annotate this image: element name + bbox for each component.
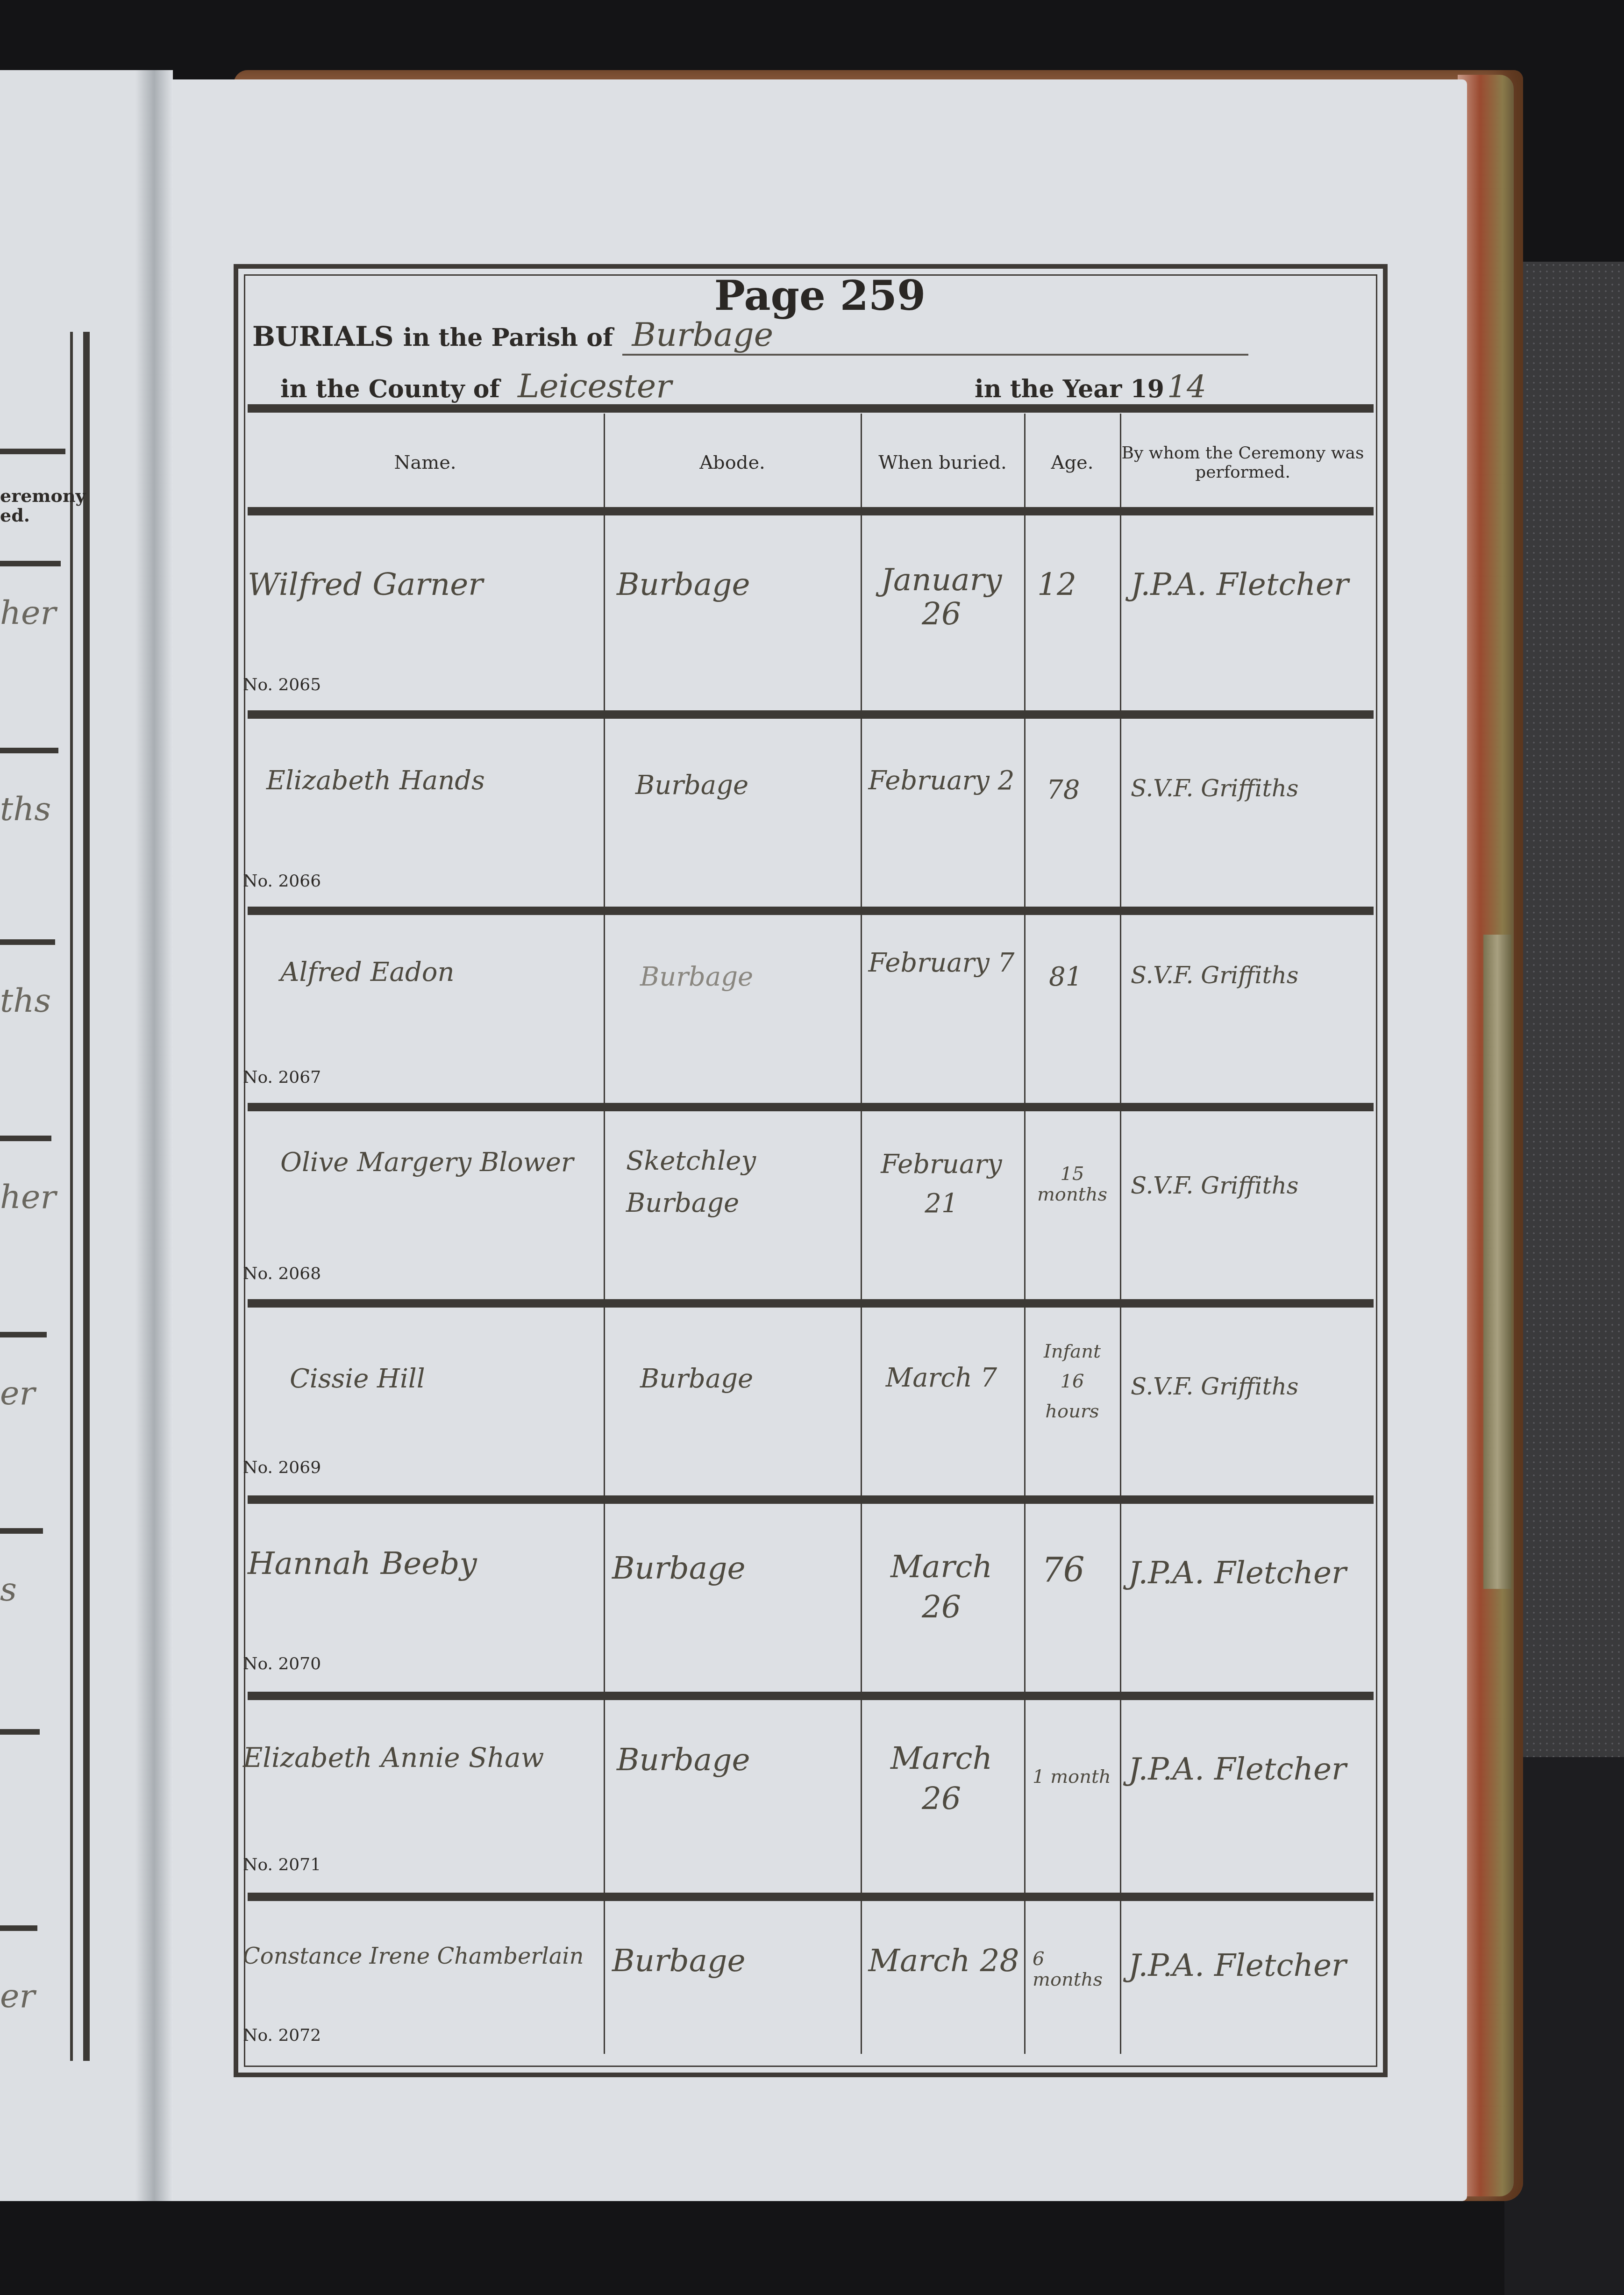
entry-when-buried: March 26	[867, 1547, 1016, 1627]
entry-officiant: J.P.A. Fletcher	[1131, 568, 1349, 602]
burial-entry: Wilfred Garner Burbage January 26 12 J.P…	[238, 516, 1383, 710]
left-rule	[0, 748, 58, 753]
left-rule	[0, 1528, 43, 1534]
left-rule	[0, 1729, 40, 1735]
left-rule	[0, 1925, 37, 1931]
entry-number: No. 2066	[243, 872, 321, 891]
left-rule	[0, 1332, 47, 1337]
left-fragment: her	[0, 1178, 56, 1216]
parish-label: in the Parish of	[403, 323, 613, 352]
entry-name: Wilfred Garner	[248, 568, 483, 602]
parish-value: Burbage	[622, 315, 1248, 356]
entry-number: No. 2072	[243, 2026, 321, 2045]
entry-name: Hannah Beeby	[248, 1547, 477, 1581]
left-fragment: her	[0, 593, 56, 632]
column-header-abode: Abode.	[605, 430, 860, 495]
entry-rule	[248, 1299, 1374, 1308]
left-page: eremony ed. her ths ths her er s er	[0, 70, 159, 2201]
burial-entry: Olive Margery Blower Sketchley Burbage F…	[238, 1112, 1383, 1299]
entry-age: 78	[1047, 776, 1080, 805]
entry-number: No. 2068	[243, 1264, 321, 1283]
entry-abode: Burbage	[612, 1944, 745, 1978]
entry-age: Infant 16 hours	[1033, 1337, 1112, 1426]
entry-name: Olive Margery Blower	[280, 1140, 584, 1185]
book-gutter	[135, 70, 173, 2201]
left-fragment: er	[0, 1374, 35, 1412]
burial-entry: Cissie Hill Burbage March 7 Infant 16 ho…	[238, 1308, 1383, 1495]
entry-officiant: S.V.F. Griffiths	[1131, 776, 1299, 801]
entry-rule	[248, 1495, 1374, 1504]
entry-name: Cissie Hill	[290, 1365, 425, 1394]
left-page-frame	[70, 332, 90, 2061]
entry-when-buried: February 7	[867, 949, 1016, 978]
entry-age: 15 months	[1033, 1164, 1112, 1205]
entry-name: Alfred Eadon	[280, 958, 455, 987]
entry-when-buried: February 21	[867, 1145, 1016, 1223]
column-header-rule	[248, 507, 1374, 515]
burial-entry: Elizabeth Annie Shaw Burbage March 26 1 …	[238, 1701, 1383, 1893]
left-fragment: ths	[0, 981, 51, 1020]
burials-label: BURIALS	[252, 321, 394, 352]
entry-officiant: S.V.F. Griffiths	[1131, 1374, 1299, 1400]
county-label: in the County of	[280, 375, 500, 403]
column-header-name: Name.	[248, 430, 603, 495]
entry-rule	[248, 907, 1374, 915]
entry-age: 81	[1049, 963, 1082, 992]
entry-number: No. 2069	[243, 1458, 321, 1477]
ribbon-bookmark	[1483, 935, 1511, 1589]
burial-entry: Elizabeth Hands Burbage February 2 78 S.…	[238, 720, 1383, 907]
entry-number: No. 2065	[243, 675, 321, 694]
county-value: Leicester	[508, 367, 966, 407]
entry-abode: Burbage	[612, 1551, 745, 1586]
entry-when-buried: January 26	[867, 563, 1016, 631]
left-page-column-header: eremony ed.	[0, 486, 86, 525]
county-line: in the County of Leicester in the Year 1…	[280, 367, 1209, 407]
entry-abode: Burbage	[617, 1743, 750, 1777]
left-rule	[0, 1136, 51, 1141]
entry-abode: Burbage	[617, 568, 750, 602]
column-header-age: Age.	[1026, 430, 1119, 495]
entry-name: Elizabeth Annie Shaw	[243, 1743, 544, 1773]
entry-age: 12	[1037, 568, 1076, 602]
entry-officiant: S.V.F. Griffiths	[1131, 1173, 1299, 1199]
entry-number: No. 2071	[243, 1855, 321, 1874]
entry-when-buried: February 2	[867, 766, 1016, 795]
entry-abode: Burbage	[640, 1365, 753, 1394]
entry-rule	[248, 710, 1374, 719]
entry-when-buried: March 7	[867, 1360, 1016, 1396]
entry-officiant: J.P.A. Fletcher	[1128, 1949, 1346, 1983]
entry-rule	[248, 1103, 1374, 1111]
register-header: BURIALS in the Parish of Burbage in the …	[252, 297, 1374, 414]
entry-abode: Burbage	[640, 963, 753, 992]
entry-rule	[248, 1893, 1374, 1901]
entry-name: Elizabeth Hands	[266, 766, 485, 795]
burial-entry: Constance Irene Chamberlain Burbage Marc…	[238, 1902, 1383, 2061]
left-fragment: s	[0, 1570, 17, 1609]
year-label: in the Year	[975, 375, 1122, 403]
left-rule	[0, 449, 65, 454]
entry-age: 76	[1042, 1551, 1085, 1588]
left-rule	[0, 939, 55, 945]
burial-entry: Alfred Eadon Burbage February 7 81 S.V.F…	[238, 916, 1383, 1103]
entry-when-buried: March 26	[867, 1738, 1016, 1819]
entry-officiant: S.V.F. Griffiths	[1131, 963, 1299, 988]
entry-number: No. 2070	[243, 1654, 321, 1673]
entry-number: No. 2067	[243, 1068, 321, 1087]
column-header-when-buried: When buried.	[862, 430, 1023, 495]
entry-officiant: J.P.A. Fletcher	[1128, 1752, 1346, 1787]
parish-line: BURIALS in the Parish of Burbage	[252, 315, 1248, 356]
entry-rule	[248, 1692, 1374, 1700]
entry-when-buried: March 28	[867, 1944, 1021, 1978]
entry-abode: Sketchley Burbage	[626, 1140, 813, 1224]
year-value: 14	[1164, 369, 1209, 407]
left-fragment: er	[0, 1977, 35, 2015]
entry-officiant: J.P.A. Fletcher	[1128, 1556, 1346, 1590]
entry-age: 1 month	[1033, 1766, 1111, 1787]
header-rule	[248, 404, 1374, 413]
left-fragment: ths	[0, 790, 51, 828]
left-rule	[0, 561, 61, 566]
burial-entry: Hannah Beeby Burbage March 26 76 J.P.A. …	[238, 1505, 1383, 1692]
register-frame: BURIALS in the Parish of Burbage in the …	[234, 264, 1388, 2077]
column-header-officiant: By whom the Ceremony was performed.	[1121, 430, 1364, 495]
entry-abode: Burbage	[635, 771, 748, 800]
year-prefix: 19	[1131, 375, 1164, 403]
entry-age: 6 months	[1033, 1949, 1112, 1990]
entry-name: Constance Irene Chamberlain	[243, 1944, 603, 1969]
